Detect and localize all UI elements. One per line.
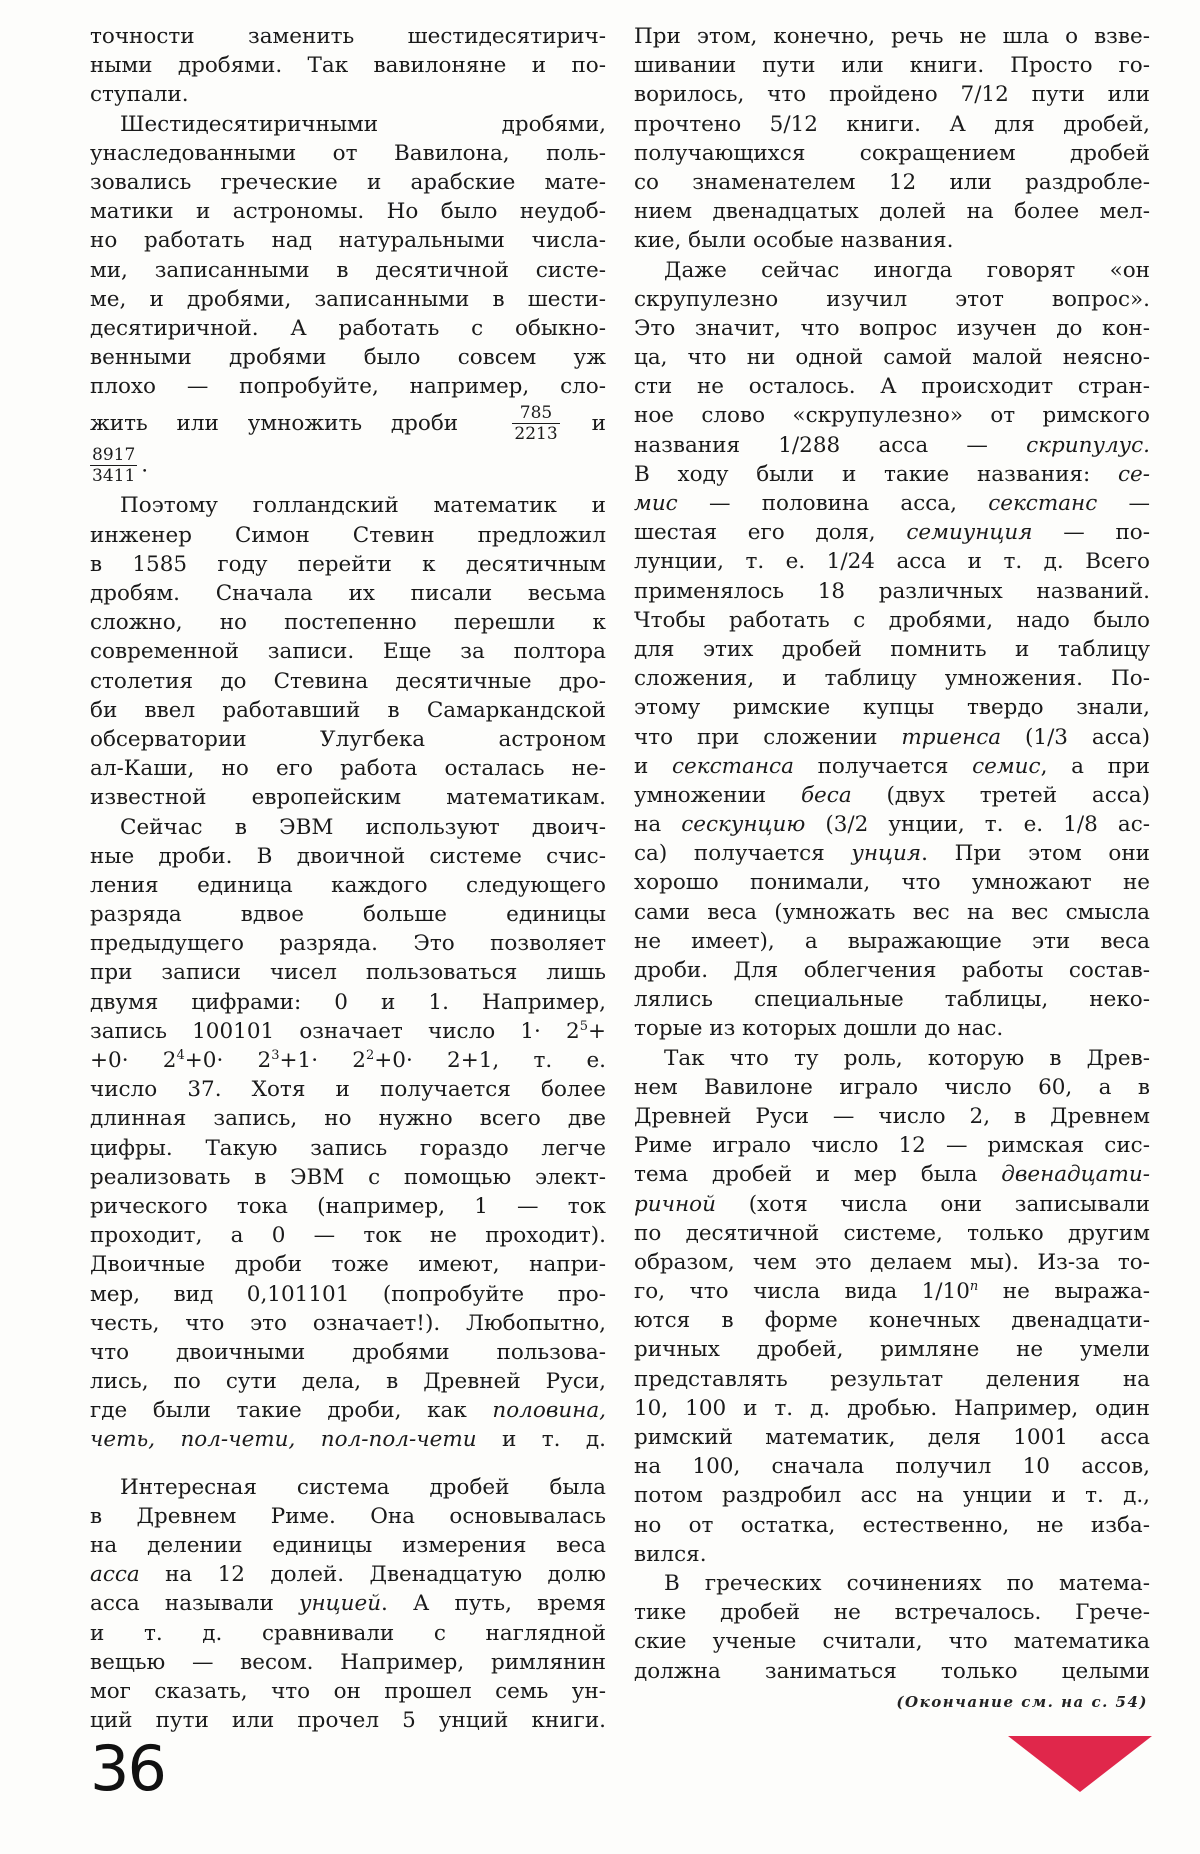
text-line: мис — половина асса, секстанс — <box>634 489 1150 518</box>
text-line: вился. <box>634 1540 1150 1569</box>
text-line: предыдущего разряда. Это позволяет <box>90 929 606 958</box>
text-line: ал-Каши, но его работа осталась не- <box>90 754 606 783</box>
text-line: и т. д. сравнивали с наглядной <box>90 1619 606 1648</box>
text-line: тема дробей и мер была двенадцати- <box>634 1160 1150 1189</box>
text-line: не имеет), а выражающие эти веса <box>634 927 1150 956</box>
continued-note: (Окончание см. на с. 54) <box>896 1693 1148 1711</box>
text-line: потом раздробил асс на унции и т. д., <box>634 1481 1150 1510</box>
text-line: зовались греческие и арабские мате- <box>90 168 606 197</box>
text-line: Сейчас в ЭВМ используют двоич- <box>90 813 606 842</box>
fraction-line: 8917 3411 . <box>90 445 606 491</box>
text-line: ций пути или прочел 5 унций книги. <box>90 1706 606 1735</box>
text-line: Даже сейчас иногда говорят «он <box>634 256 1150 285</box>
text-line: ричной (хотя числа они записывали <box>634 1190 1150 1219</box>
text-line: современной записи. Еще за полтора <box>90 637 606 666</box>
text-line: но от остатка, естественно, не изба- <box>634 1511 1150 1540</box>
text-line: ские ученые считали, что математика <box>634 1627 1150 1656</box>
left-column: точности заменить шестидесятирич- ными д… <box>90 22 606 1735</box>
text-line: получающихся сокращением дробей <box>634 139 1150 168</box>
text-line: торые из которых дошли до нас. <box>634 1014 1150 1043</box>
text-line: ворилось, что пройдено 7/12 пути или <box>634 80 1150 109</box>
text-line: двумя цифрами: 0 и 1. Например, <box>90 988 606 1017</box>
text-line: Шестидесятиричными дробями, <box>90 110 606 139</box>
text-line: и секстанса получается семис, а при <box>634 752 1150 781</box>
text-line: римский математик, деля 1001 асса <box>634 1423 1150 1452</box>
text-line: инженер Симон Стевин предложил <box>90 521 606 550</box>
text-line: шивании пути или книги. Просто го- <box>634 51 1150 80</box>
text-line: матики и астрономы. Но было неудоб- <box>90 197 606 226</box>
text-line: Интересная система дробей была <box>90 1473 606 1502</box>
text-line: тике дробей не встречалось. Грече- <box>634 1598 1150 1627</box>
text-line: этому римские купцы твердо знали, <box>634 693 1150 722</box>
text-line: разряда вдвое больше единицы <box>90 900 606 929</box>
text-line: ное слово «скрупулезно» от римского <box>634 401 1150 430</box>
text-line: +0· 24+0· 23+1· 22+0· 2+1, т. е. <box>90 1046 606 1075</box>
text-line: ца, что ни одной самой малой неясно- <box>634 343 1150 372</box>
text-line: Двоичные дроби тоже имеют, напри- <box>90 1250 606 1279</box>
text-line: ричных дробей, римляне не умели <box>634 1335 1150 1364</box>
text-line: дробям. Сначала их писали весьма <box>90 579 606 608</box>
text-line: число 37. Хотя и получается более <box>90 1075 606 1104</box>
text-line: нем Вавилоне играло число 60, а в <box>634 1073 1150 1102</box>
text-line: должна заниматься только целыми <box>634 1657 1150 1686</box>
text-line: для этих дробей помнить и таблицу <box>634 635 1150 664</box>
text-line: умножении беса (двух третей асса) <box>634 781 1150 810</box>
text-line: В ходу были и такие названия: се- <box>634 460 1150 489</box>
text-line: При этом, конечно, речь не шла о взве- <box>634 22 1150 51</box>
fraction-denominator: 2213 <box>512 424 559 444</box>
text-line: ления единица каждого следующего <box>90 871 606 900</box>
fraction: 8917 3411 <box>90 445 137 486</box>
red-triangle-marker-icon <box>1008 1736 1152 1792</box>
text-line: на делении единицы измерения веса <box>90 1531 606 1560</box>
text-line: сами веса (умножать вес на вес смысла <box>634 898 1150 927</box>
text-line: плохо — попробуйте, например, сло- <box>90 372 606 401</box>
text-line: мог сказать, что он прошел семь ун- <box>90 1677 606 1706</box>
text-line: и <box>592 409 606 438</box>
text-line: сложения, и таблицу умножения. По- <box>634 664 1150 693</box>
text-line: кие, были особые названия. <box>634 226 1150 255</box>
right-column: При этом, конечно, речь не шла о взве- ш… <box>634 22 1150 1686</box>
text-line: запись 100101 означает число 1· 25+ <box>90 1017 606 1046</box>
text-line: Так что ту роль, которую в Древ- <box>634 1044 1150 1073</box>
text-line: ме, и дробями, записанными в шести- <box>90 285 606 314</box>
text-line: по десятичной системе, только другим <box>634 1219 1150 1248</box>
text-line: са) получается унция. При этом они <box>634 839 1150 868</box>
text-line: асса на 12 долей. Двенадцатую долю <box>90 1560 606 1589</box>
punctuation: . <box>141 453 148 478</box>
text-line: шестая его доля, семиунция — по- <box>634 518 1150 547</box>
text-line: ными дробями. Так вавилоняне и по- <box>90 51 606 80</box>
text-line: на сескунцию (3/2 унции, т. е. 1/8 ас- <box>634 810 1150 839</box>
text-line: хорошо понимали, что умножают не <box>634 868 1150 897</box>
text-line: реализовать в ЭВМ с помощью элект- <box>90 1163 606 1192</box>
text-line: унаследованными от Вавилона, поль- <box>90 139 606 168</box>
text-line: при записи чисел пользоваться лишь <box>90 958 606 987</box>
text-line: обсерватории Улугбека астроном <box>90 725 606 754</box>
fraction-numerator: 8917 <box>90 445 137 466</box>
text-line: со знаменателем 12 или раздробле- <box>634 168 1150 197</box>
text-line: сти не осталось. А происходит стран- <box>634 372 1150 401</box>
text-line: ми, записанными в десятичной систе- <box>90 256 606 285</box>
text-line: Это значит, что вопрос изучен до кон- <box>634 314 1150 343</box>
text-line: десятиричной. А работать с обыкно- <box>90 314 606 343</box>
text-line: рического тока (например, 1 — ток <box>90 1192 606 1221</box>
text-line: образом, чем это делаем мы). Из-за то- <box>634 1248 1150 1277</box>
fraction: 785 2213 <box>512 403 559 444</box>
text-line: ступали. <box>90 80 606 109</box>
text-line: точности заменить шестидесятирич- <box>90 22 606 51</box>
text-line: лись, по сути дела, в Древней Руси, <box>90 1367 606 1396</box>
text-line: представлять результат деления на <box>634 1365 1150 1394</box>
text-line: длинная запись, но нужно всего две <box>90 1104 606 1133</box>
text-line: Поэтому голландский математик и <box>90 491 606 520</box>
text-line: применялось 18 различных названий. <box>634 577 1150 606</box>
text-line: нием двенадцатых долей на более мел- <box>634 197 1150 226</box>
fraction-denominator: 3411 <box>90 466 137 486</box>
text-line: в Древнем Риме. Она основывалась <box>90 1502 606 1531</box>
fraction-line: жить или умножить дроби 785 2213 и <box>90 401 606 445</box>
text-line: 10, 100 и т. д. дробью. Например, один <box>634 1394 1150 1423</box>
text-line: мер, вид 0,101101 (попробуйте про- <box>90 1280 606 1309</box>
text-line: но работать над натуральными числа- <box>90 226 606 255</box>
text-line: ются в форме конечных двенадцати- <box>634 1306 1150 1335</box>
text-line: го, что числа вида 1/10n не выража- <box>634 1277 1150 1306</box>
text-line: венными дробями было совсем уж <box>90 343 606 372</box>
text-line: прочтено 5/12 книги. А для дробей, <box>634 110 1150 139</box>
text-line: скрупулезно изучил этот вопрос». <box>634 285 1150 314</box>
text-line: лялись специальные таблицы, неко- <box>634 985 1150 1014</box>
text-line: асса называли унцией. А путь, время <box>90 1589 606 1618</box>
text-line: в 1585 году перейти к десятичным <box>90 550 606 579</box>
text-line: на 100, сначала получил 10 ассов, <box>634 1452 1150 1481</box>
text-line: сложно, но постепенно перешли к <box>90 608 606 637</box>
text-line: известной европейским математикам. <box>90 783 606 812</box>
text-line: В греческих сочинениях по матема- <box>634 1569 1150 1598</box>
text-line: ные дроби. В двоичной системе счис- <box>90 842 606 871</box>
text-line: четь, пол-чети, пол-пол-чети и т. д. <box>90 1425 606 1454</box>
text-line: цифры. Такую запись гораздо легче <box>90 1134 606 1163</box>
text-line: вещью — весом. Например, римлянин <box>90 1648 606 1677</box>
text-line: где были такие дроби, как половина, <box>90 1396 606 1425</box>
text-line: дроби. Для облегчения работы состав- <box>634 956 1150 985</box>
text-line: что двоичными дробями пользова- <box>90 1338 606 1367</box>
page-number: 36 <box>90 1738 165 1800</box>
text-line: честь, что это означает!). Любопытно, <box>90 1309 606 1338</box>
text-line: проходит, а 0 — ток не проходит). <box>90 1221 606 1250</box>
text-line: Древней Руси — число 2, в Древнем <box>634 1102 1150 1131</box>
text-line: столетия до Стевина десятичные дро- <box>90 667 606 696</box>
paragraph-gap <box>90 1455 606 1473</box>
text-line: жить или умножить дроби <box>90 409 458 438</box>
text-line: Риме играло число 12 — римская сис- <box>634 1131 1150 1160</box>
text-line: названия 1/288 асса — скрипулус. <box>634 431 1150 460</box>
text-line: лунции, т. е. 1/24 асса и т. д. Всего <box>634 547 1150 576</box>
text-line: что при сложении триенса (1/3 асса) <box>634 723 1150 752</box>
text-line: Чтобы работать с дробями, надо было <box>634 606 1150 635</box>
fraction-numerator: 785 <box>512 403 559 424</box>
text-line: би ввел работавший в Самаркандской <box>90 696 606 725</box>
